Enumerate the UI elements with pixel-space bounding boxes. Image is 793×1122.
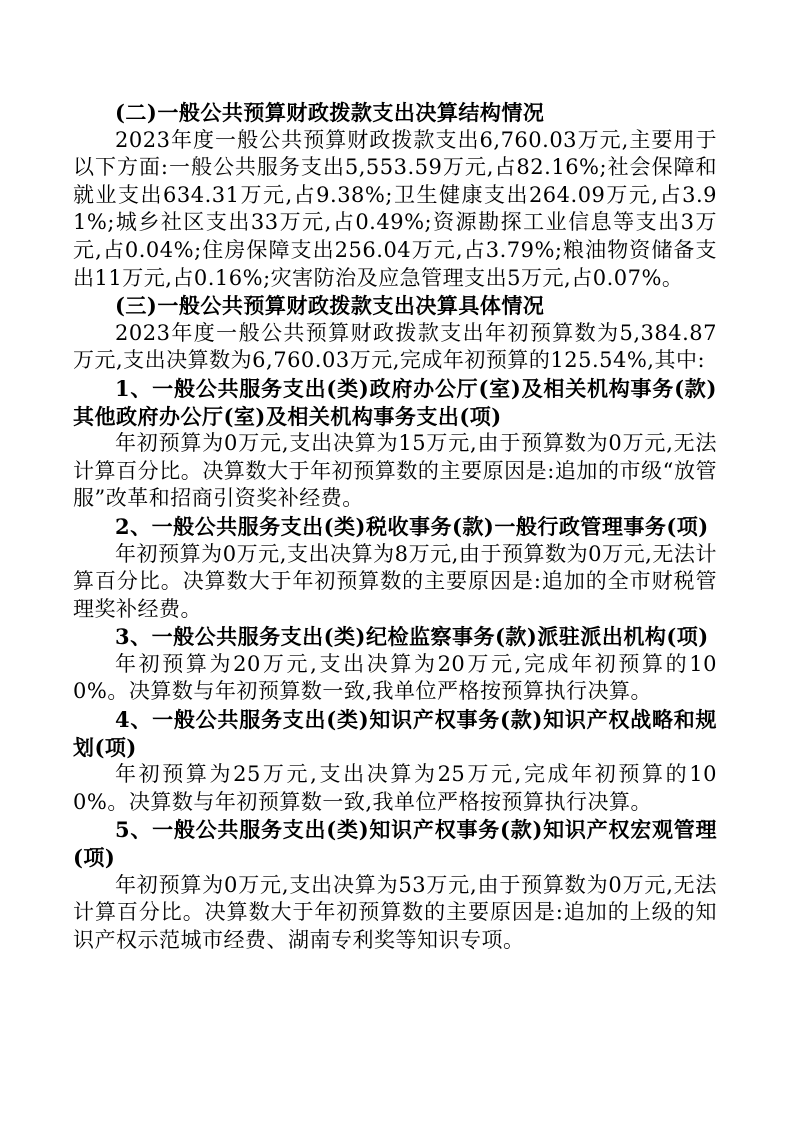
heading-item-3-discipline-inspection: 3、一般公共服务支出(类)纪检监察事务(款)派驻派出机构(项) [73, 623, 717, 651]
heading-item-1-government-office-affairs: 1、一般公共服务支出(类)政府办公厅(室)及相关机构事务(款)其他政府办公厅(室… [73, 375, 717, 430]
para-item-5-detail: 年初预算为0万元,支出决算为53万元,由于预算数为0万元,无法计算百分比。决算数… [73, 872, 717, 955]
heading-item-5-ip-macro-management: 5、一般公共服务支出(类)知识产权事务(款)知识产权宏观管理(项) [73, 816, 717, 871]
para-item-4-detail: 年初预算为25万元,支出决算为25万元,完成年初预算的100%。决算数与年初预算… [73, 761, 717, 816]
para-expenditure-structure-details: 2023年度一般公共预算财政拨款支出6,760.03万元,主要用于以下方面:一般… [73, 127, 717, 293]
para-item-1-detail: 年初预算为0万元,支出决算为15万元,由于预算数为0万元,无法计算百分比。决算数… [73, 430, 717, 513]
document-page: (二)一般公共预算财政拨款支出决算结构情况 2023年度一般公共预算财政拨款支出… [73, 99, 717, 954]
para-overall-budget-figures: 2023年度一般公共预算财政拨款支出年初预算数为5,384.87万元,支出决算数… [73, 320, 717, 375]
para-item-3-detail: 年初预算为20万元,支出决算为20万元,完成年初预算的100%。决算数与年初预算… [73, 651, 717, 706]
heading-item-2-tax-affairs: 2、一般公共服务支出(类)税收事务(款)一般行政管理事务(项) [73, 513, 717, 541]
heading-item-4-ip-strategy-planning: 4、一般公共服务支出(类)知识产权事务(款)知识产权战略和规划(项) [73, 706, 717, 761]
heading-section-2-expenditure-structure: (二)一般公共预算财政拨款支出决算结构情况 [73, 99, 717, 127]
para-item-2-detail: 年初预算为0万元,支出决算为8万元,由于预算数为0万元,无法计算百分比。决算数大… [73, 541, 717, 624]
heading-section-3-expenditure-specifics: (三)一般公共预算财政拨款支出决算具体情况 [73, 292, 717, 320]
